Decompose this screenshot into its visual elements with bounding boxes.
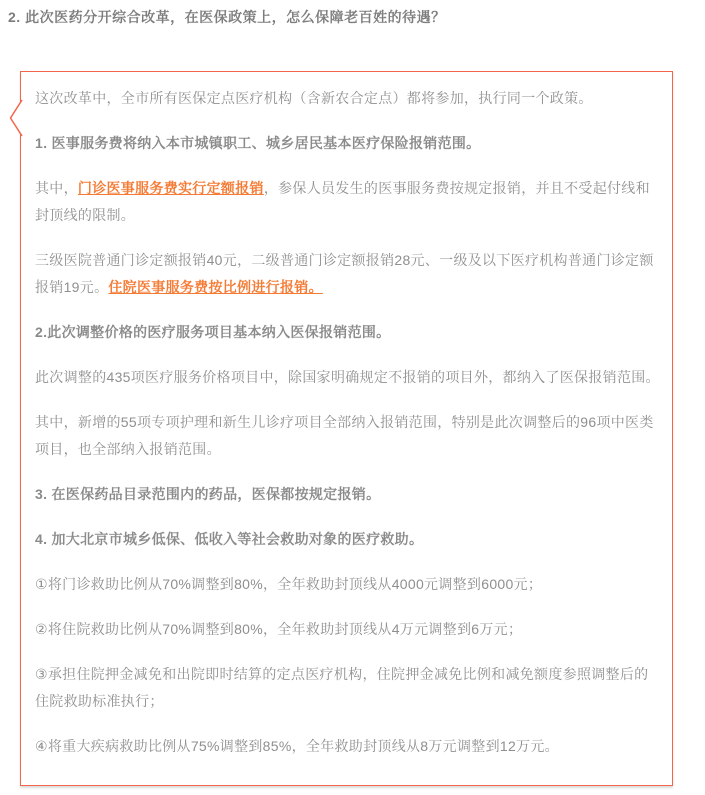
paragraph-heading-2: 2.此次调整价格的医疗服务项目基本纳入医保报销范围。 xyxy=(35,319,660,346)
paragraph-text: ④将重大疾病救助比例从75%调整到85%，全年救助封顶线从8万元调整到12万元。 xyxy=(35,738,559,754)
paragraph-55-items: 其中，新增的55项专项护理和新生儿诊疗项目全部纳入报销范围，特别是此次调整后的9… xyxy=(35,409,660,463)
paragraph-text: ②将住院救助比例从70%调整到80%，全年救助封顶线从4万元调整到6万元； xyxy=(35,621,522,637)
paragraph-text: 4. 加大北京市城乡低保、低收入等社会救助对象的医疗救助。 xyxy=(35,531,423,547)
paragraph-outpatient-fee: 其中，门诊医事服务费实行定额报销，参保人员发生的医事服务费按规定报销，并且不受起… xyxy=(35,175,660,229)
link-inpatient-proportional-reimbursement[interactable]: 住院医事服务费按比例进行报销。 xyxy=(108,279,323,295)
bubble-tail-icon xyxy=(9,99,23,137)
paragraph-text: 这次改革中，全市所有医保定点医疗机构（含新农合定点）都将参加，执行同一个政策。 xyxy=(35,90,593,106)
question-title: 2. 此次医药分开综合改革，在医保政策上，怎么保障老百姓的待遇？ xyxy=(8,7,698,27)
paragraph-text: 其中， xyxy=(35,180,78,196)
paragraph-text: ③承担住院押金减免和出院即时结算的定点医疗机构，住院押金减免比例和减免额度参照调… xyxy=(35,666,648,709)
answer-bubble: 这次改革中，全市所有医保定点医疗机构（含新农合定点）都将参加，执行同一个政策。 … xyxy=(20,71,673,786)
paragraph-item-2: ②将住院救助比例从70%调整到80%，全年救助封顶线从4万元调整到6万元； xyxy=(35,616,660,643)
paragraph-435-items: 此次调整的435项医疗服务价格项目中，除国家明确规定不报销的项目外，都纳入了医保… xyxy=(35,364,660,391)
page: { "colors": { "border": "#f4664c", "acce… xyxy=(0,0,705,795)
paragraph-text: 其中，新增的55项专项护理和新生儿诊疗项目全部纳入报销范围，特别是此次调整后的9… xyxy=(35,414,654,457)
paragraph-text: 3. 在医保药品目录范围内的药品，医保都按规定报销。 xyxy=(35,486,380,502)
paragraph-heading-4: 4. 加大北京市城乡低保、低收入等社会救助对象的医疗救助。 xyxy=(35,526,660,553)
paragraph-intro: 这次改革中，全市所有医保定点医疗机构（含新农合定点）都将参加，执行同一个政策。 xyxy=(35,85,660,112)
paragraph-text: 此次调整的435项医疗服务价格项目中，除国家明确规定不报销的项目外，都纳入了医保… xyxy=(35,369,660,385)
paragraph-text: 1. 医事服务费将纳入本市城镇职工、城乡居民基本医疗保险报销范围。 xyxy=(35,135,480,151)
paragraph-heading-3: 3. 在医保药品目录范围内的药品，医保都按规定报销。 xyxy=(35,481,660,508)
paragraph-item-3: ③承担住院押金减免和出院即时结算的定点医疗机构，住院押金减免比例和减免额度参照调… xyxy=(35,661,660,715)
link-outpatient-fixed-reimbursement[interactable]: 门诊医事服务费实行定额报销 xyxy=(78,180,264,196)
paragraph-item-1: ①将门诊救助比例从70%调整到80%，全年救助封顶线从4000元调整到6000元… xyxy=(35,571,660,598)
paragraph-heading-1: 1. 医事服务费将纳入本市城镇职工、城乡居民基本医疗保险报销范围。 xyxy=(35,130,660,157)
paragraph-text: ①将门诊救助比例从70%调整到80%，全年救助封顶线从4000元调整到6000元… xyxy=(35,576,542,592)
paragraph-fee-amounts: 三级医院普通门诊定额报销40元，二级普通门诊定额报销28元、一级及以下医疗机构普… xyxy=(35,247,660,301)
paragraph-item-4: ④将重大疾病救助比例从75%调整到85%，全年救助封顶线从8万元调整到12万元。 xyxy=(35,733,660,760)
paragraph-text: 2.此次调整价格的医疗服务项目基本纳入医保报销范围。 xyxy=(35,324,390,340)
